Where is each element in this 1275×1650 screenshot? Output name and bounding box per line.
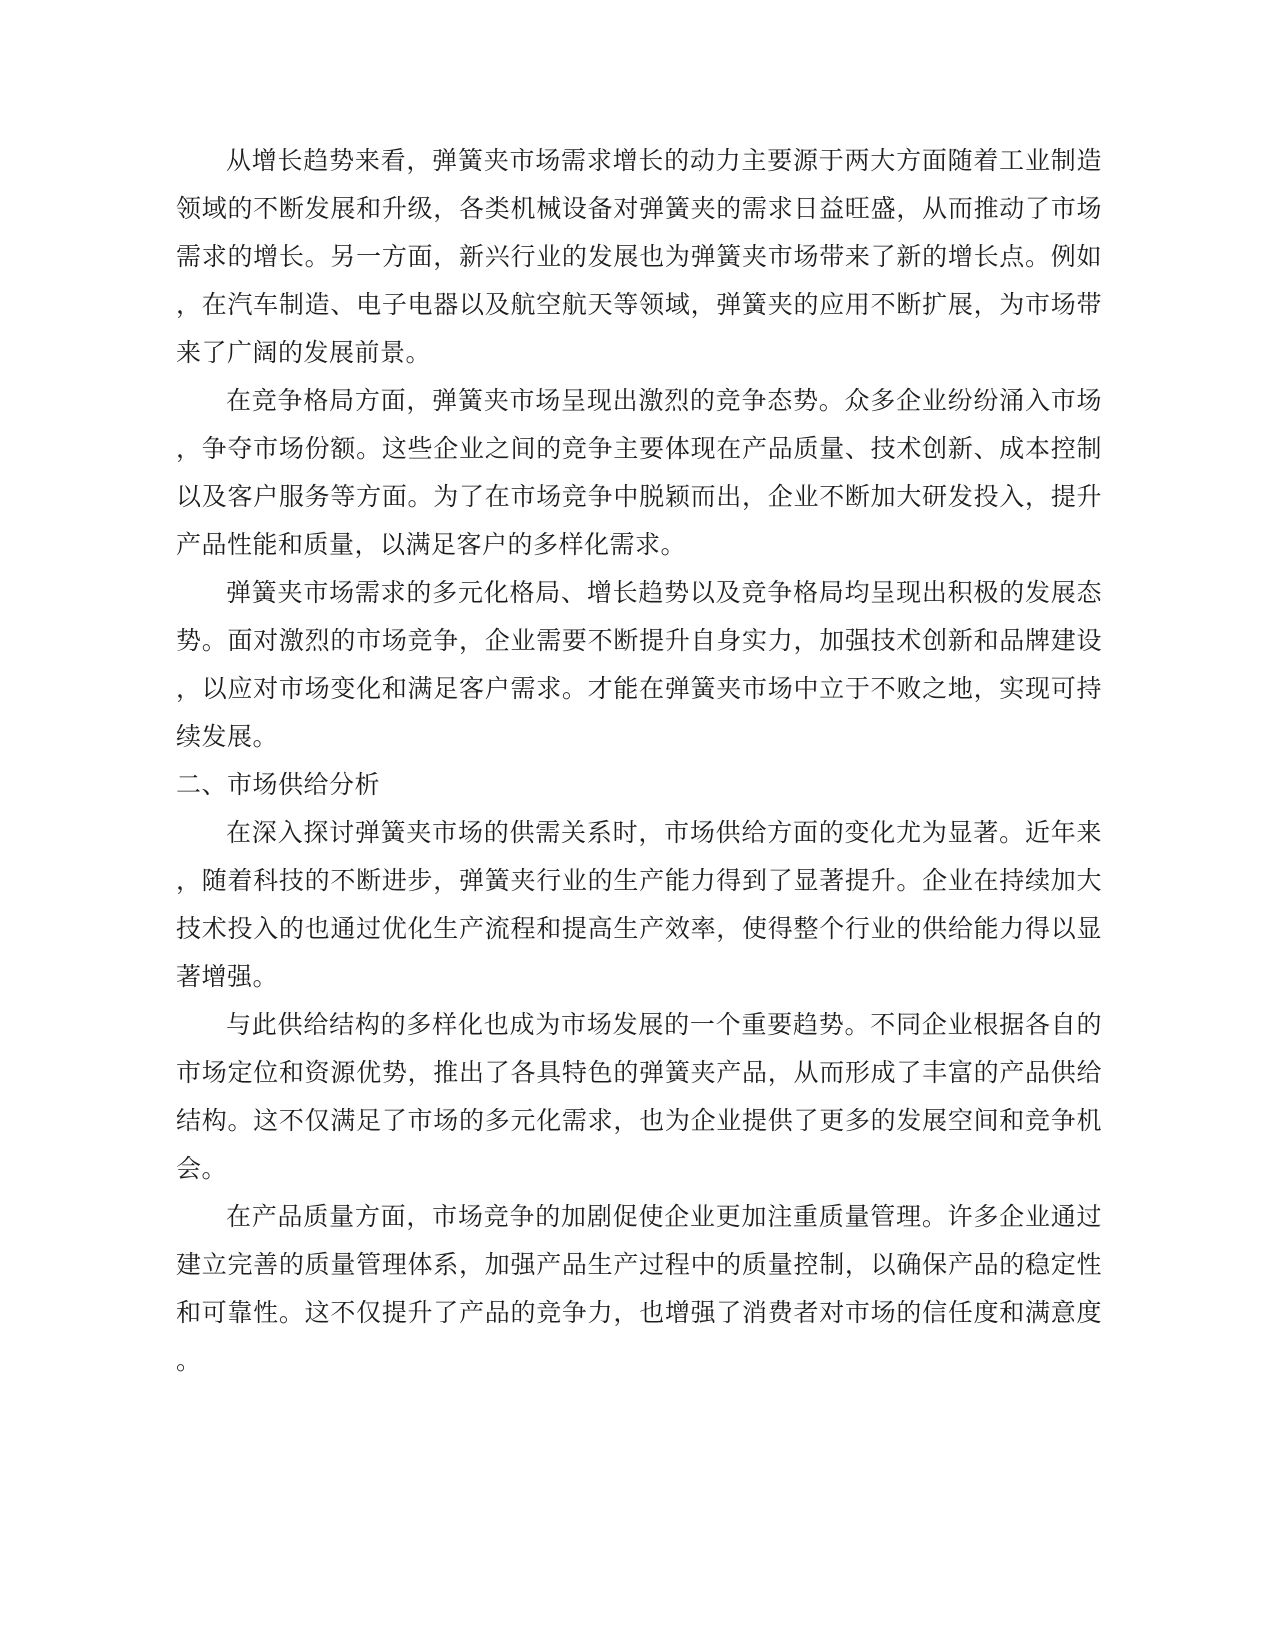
text-line: 市场定位和资源优势，推出了各具特色的弹簧夹产品，从而形成了丰富的产品供给	[176, 1050, 1102, 1098]
text-line: ，在汽车制造、电子电器以及航空航天等领域，弹簧夹的应用不断扩展，为市场带	[176, 282, 1102, 330]
text-line: 技术投入的也通过优化生产流程和提高生产效率，使得整个行业的供给能力得以显	[176, 906, 1102, 954]
text-line: 建立完善的质量管理体系，加强产品生产过程中的质量控制，以确保产品的稳定性	[176, 1242, 1102, 1290]
paragraph: 与此供给结构的多样化也成为市场发展的一个重要趋势。不同企业根据各自的市场定位和资…	[176, 1002, 1102, 1194]
paragraph: 在产品质量方面，市场竞争的加剧促使企业更加注重质量管理。许多企业通过建立完善的质…	[176, 1194, 1102, 1386]
text-line: 来了广阔的发展前景。	[176, 330, 1102, 378]
section-heading: 二、市场供给分析	[176, 762, 1102, 810]
text-line: ，争夺市场份额。这些企业之间的竞争主要体现在产品质量、技术创新、成本控制	[176, 426, 1102, 474]
document-page: 从增长趋势来看，弹簧夹市场需求增长的动力主要源于两大方面随着工业制造领域的不断发…	[0, 0, 1275, 1650]
text-line: 在深入探讨弹簧夹市场的供需关系时，市场供给方面的变化尤为显著。近年来	[176, 810, 1102, 858]
text-line: 续发展。	[176, 714, 1102, 762]
text-line: 结构。这不仅满足了市场的多元化需求，也为企业提供了更多的发展空间和竞争机	[176, 1098, 1102, 1146]
text-line: ，以应对市场变化和满足客户需求。才能在弹簧夹市场中立于不败之地，实现可持	[176, 666, 1102, 714]
text-line: 在竞争格局方面，弹簧夹市场呈现出激烈的竞争态势。众多企业纷纷涌入市场	[176, 378, 1102, 426]
text-line: 产品性能和质量，以满足客户的多样化需求。	[176, 522, 1102, 570]
paragraph: 弹簧夹市场需求的多元化格局、增长趋势以及竞争格局均呈现出积极的发展态势。面对激烈…	[176, 570, 1102, 762]
text-line: 会。	[176, 1146, 1102, 1194]
paragraph: 从增长趋势来看，弹簧夹市场需求增长的动力主要源于两大方面随着工业制造领域的不断发…	[176, 138, 1102, 378]
text-line: 与此供给结构的多样化也成为市场发展的一个重要趋势。不同企业根据各自的	[176, 1002, 1102, 1050]
text-line: 。	[176, 1338, 1102, 1386]
text-line: 从增长趋势来看，弹簧夹市场需求增长的动力主要源于两大方面随着工业制造	[176, 138, 1102, 186]
text-line: 在产品质量方面，市场竞争的加剧促使企业更加注重质量管理。许多企业通过	[176, 1194, 1102, 1242]
paragraph: 在竞争格局方面，弹簧夹市场呈现出激烈的竞争态势。众多企业纷纷涌入市场，争夺市场份…	[176, 378, 1102, 570]
text-line: 需求的增长。另一方面，新兴行业的发展也为弹簧夹市场带来了新的增长点。例如	[176, 234, 1102, 282]
text-line: 和可靠性。这不仅提升了产品的竞争力，也增强了消费者对市场的信任度和满意度	[176, 1290, 1102, 1338]
text-line: ，随着科技的不断进步，弹簧夹行业的生产能力得到了显著提升。企业在持续加大	[176, 858, 1102, 906]
text-line: 二、市场供给分析	[176, 762, 1102, 810]
document-body: 从增长趋势来看，弹簧夹市场需求增长的动力主要源于两大方面随着工业制造领域的不断发…	[176, 138, 1102, 1386]
paragraph: 在深入探讨弹簧夹市场的供需关系时，市场供给方面的变化尤为显著。近年来，随着科技的…	[176, 810, 1102, 1002]
text-line: 领域的不断发展和升级，各类机械设备对弹簧夹的需求日益旺盛，从而推动了市场	[176, 186, 1102, 234]
text-line: 弹簧夹市场需求的多元化格局、增长趋势以及竞争格局均呈现出积极的发展态	[176, 570, 1102, 618]
text-line: 以及客户服务等方面。为了在市场竞争中脱颖而出，企业不断加大研发投入，提升	[176, 474, 1102, 522]
text-line: 著增强。	[176, 954, 1102, 1002]
text-line: 势。面对激烈的市场竞争，企业需要不断提升自身实力，加强技术创新和品牌建设	[176, 618, 1102, 666]
